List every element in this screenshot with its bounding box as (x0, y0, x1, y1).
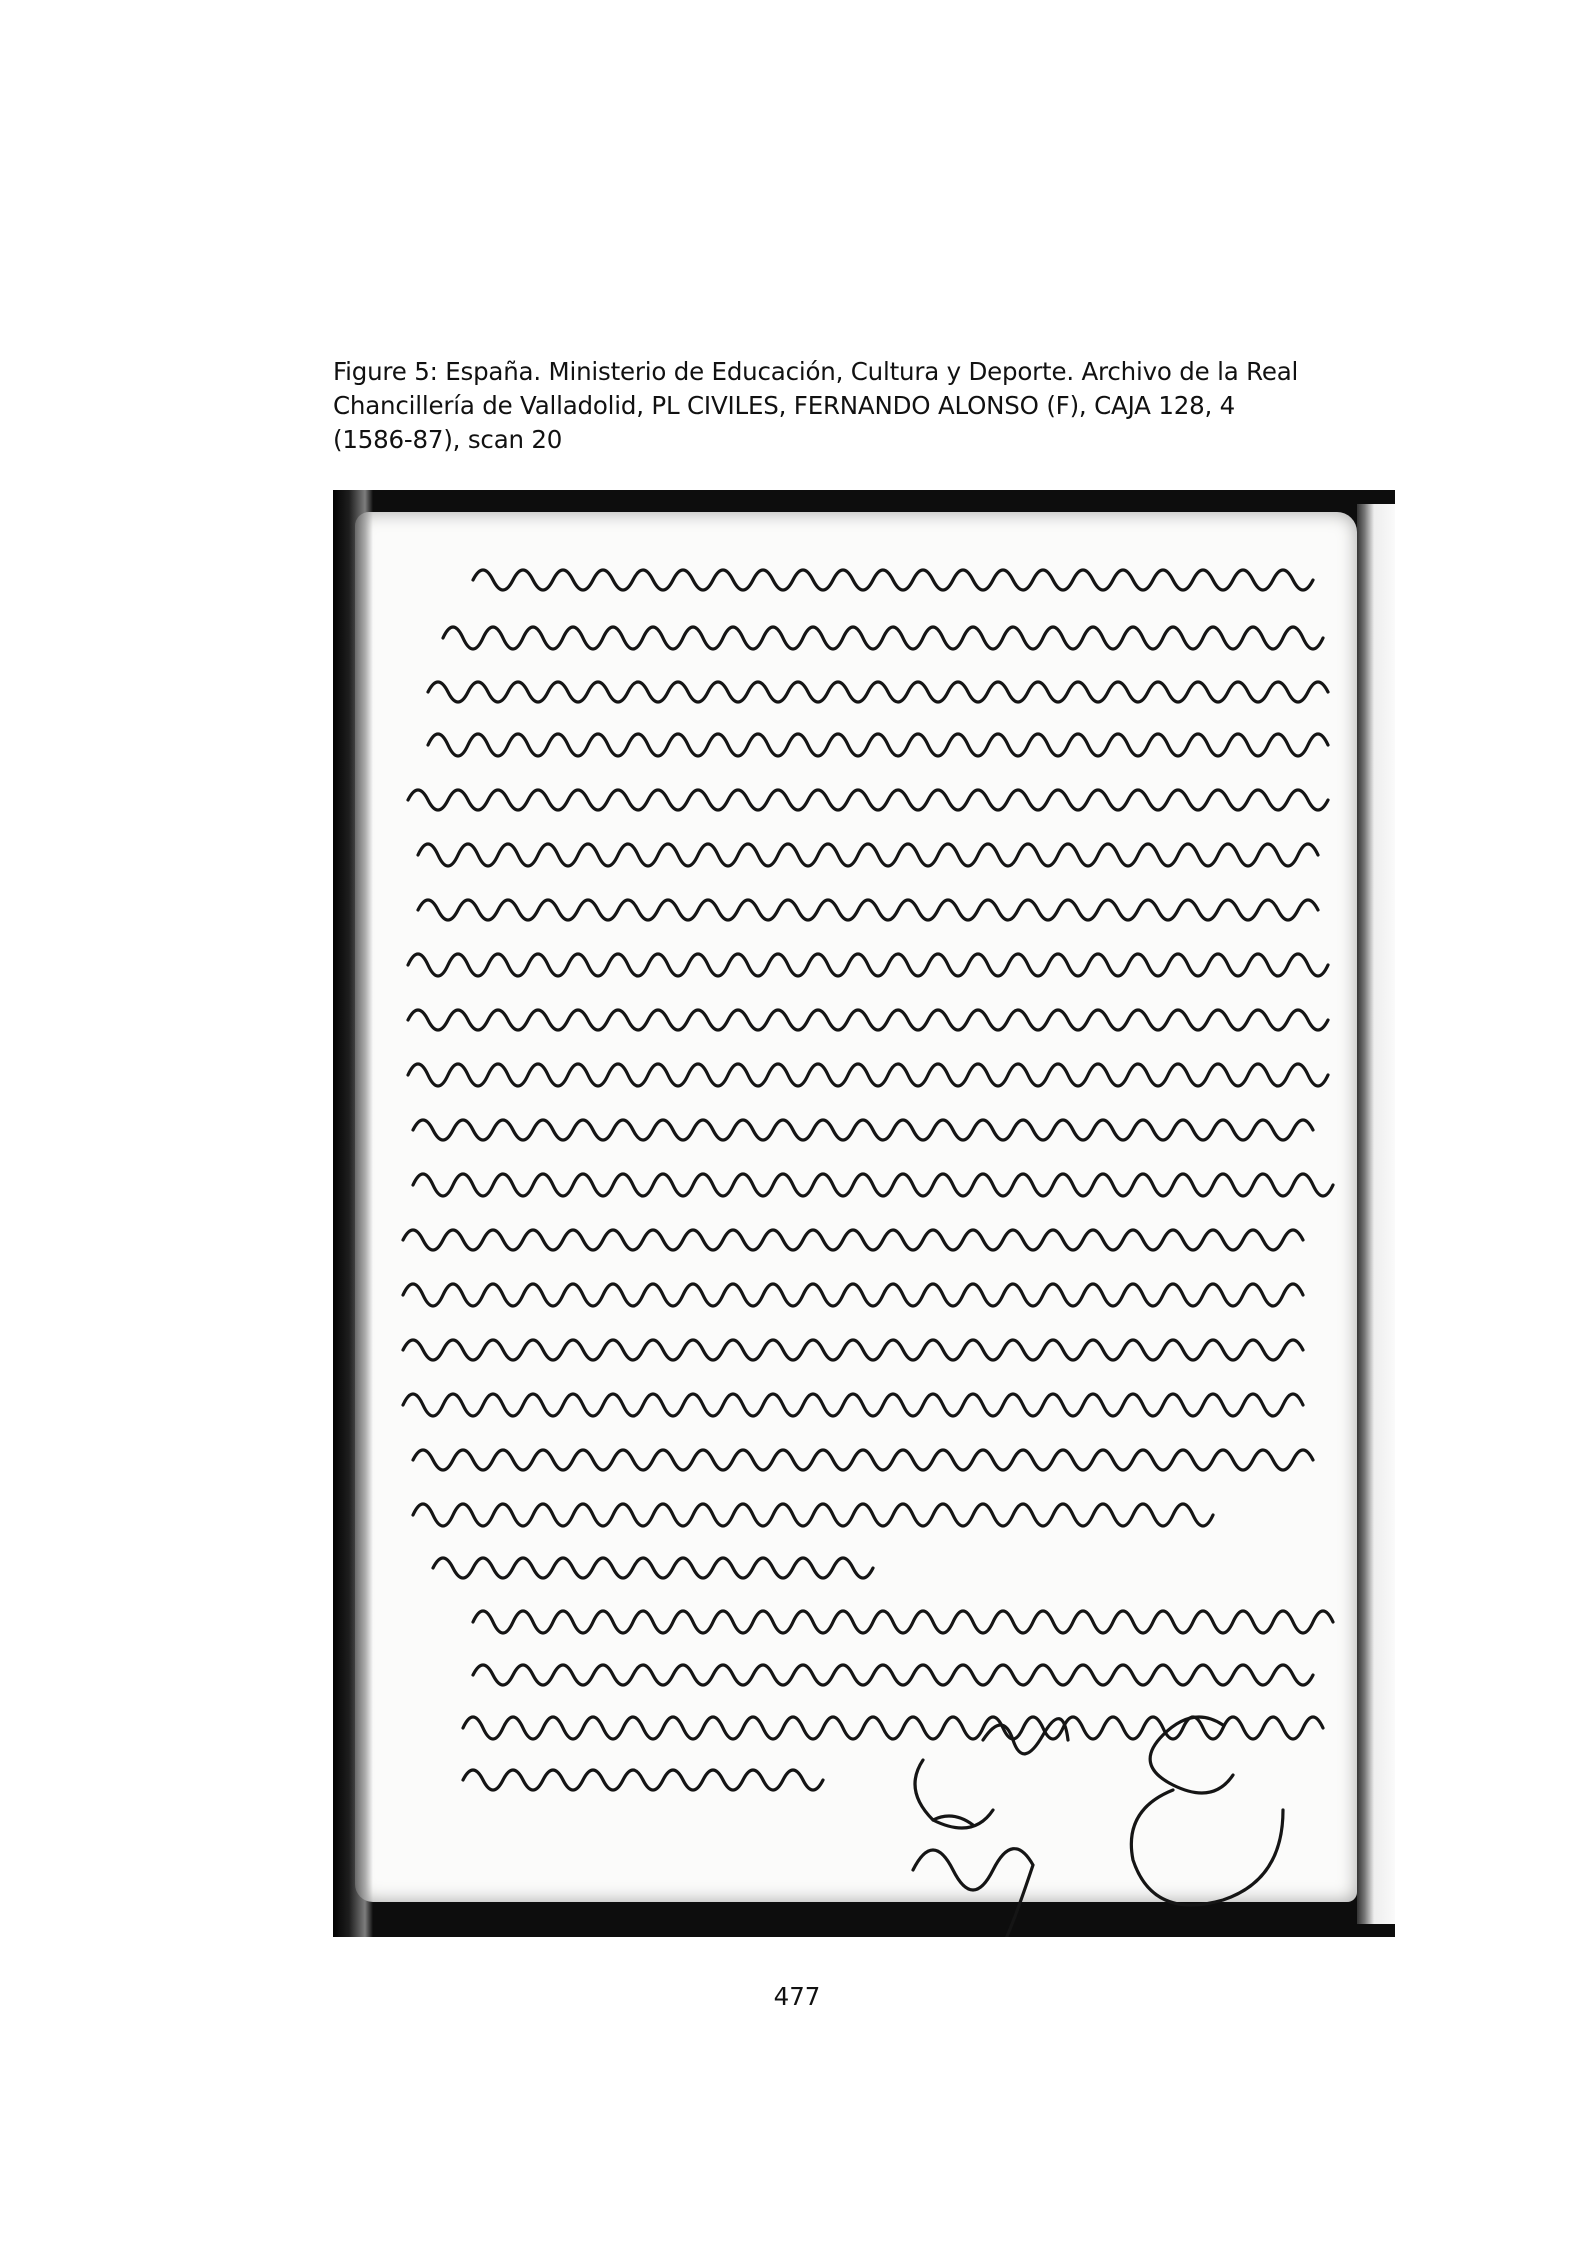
manuscript-scan-image (333, 490, 1395, 1937)
caption-line-3: (1586-87), scan 20 (333, 423, 1398, 457)
figure-caption: Figure 5: España. Ministerio de Educació… (333, 355, 1398, 457)
page-number: 477 (0, 1982, 1594, 2011)
handwriting-lines (333, 490, 1395, 1937)
caption-line-1: Figure 5: España. Ministerio de Educació… (333, 355, 1398, 389)
caption-line-2: Chancillería de Valladolid, PL CIVILES, … (333, 389, 1398, 423)
